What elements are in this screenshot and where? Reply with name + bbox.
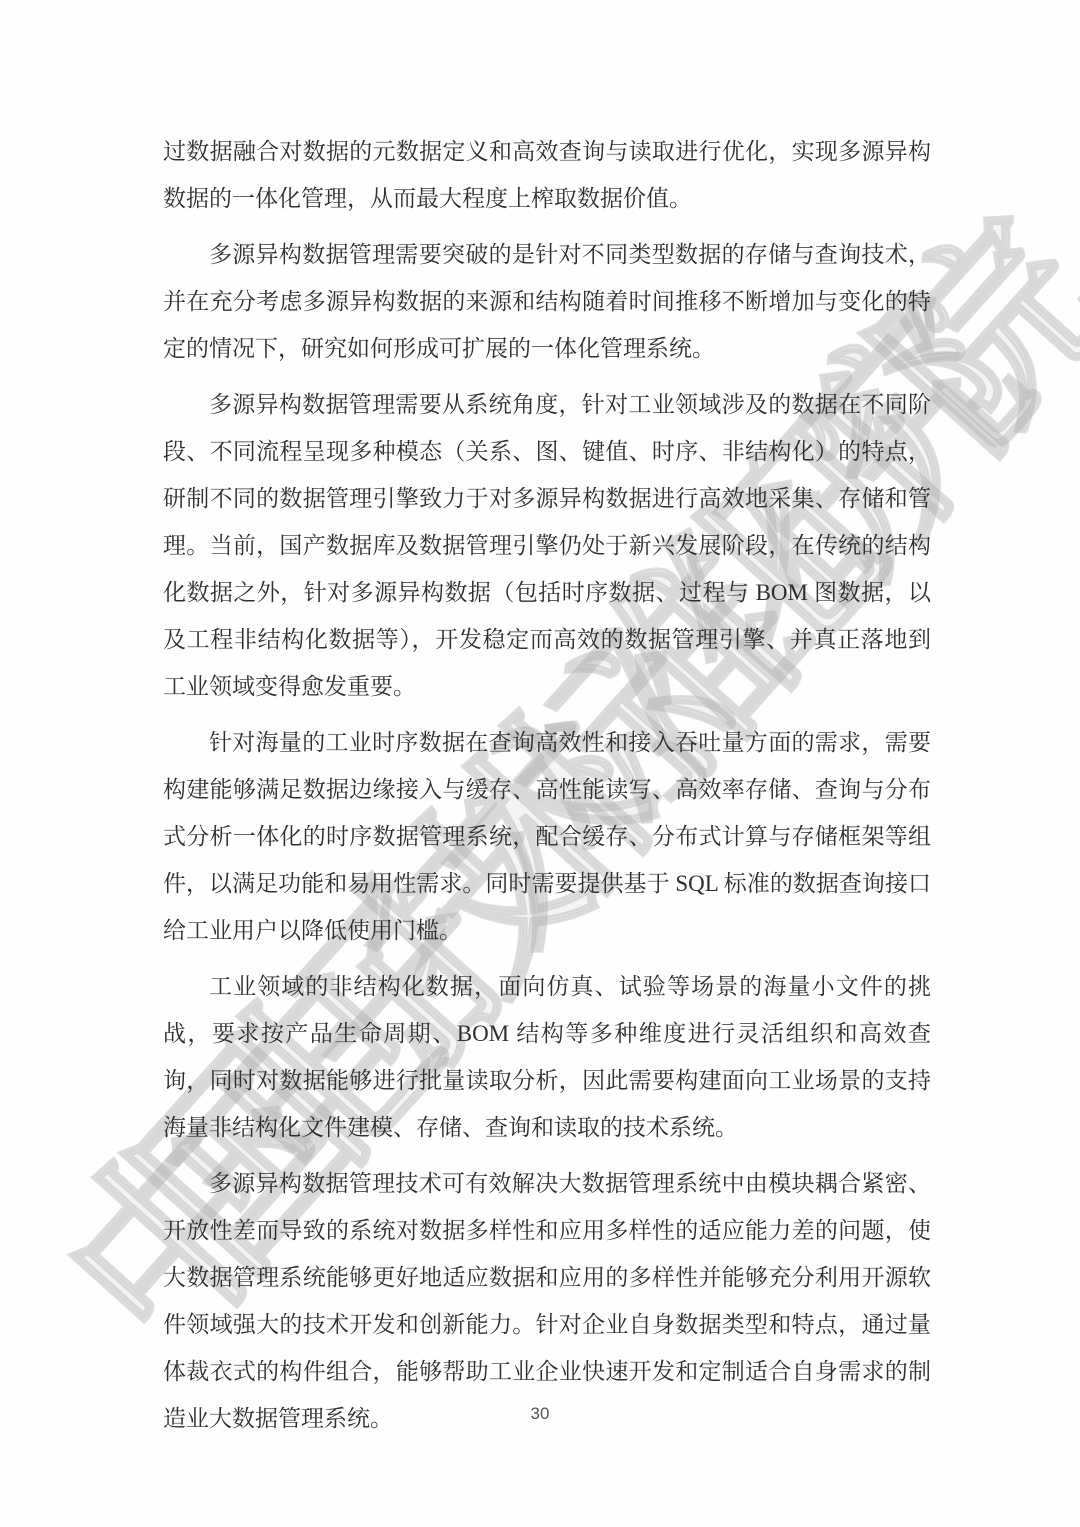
paragraph: 多源异构数据管理需要从系统角度，针对工业领域涉及的数据在不同阶段、不同流程呈现多… (163, 381, 931, 710)
page-number: 30 (0, 1404, 1080, 1424)
paragraph: 针对海量的工业时序数据在查询高效性和接入吞吐量方面的需求，需要构建能够满足数据边… (163, 719, 931, 954)
paragraph: 工业领域的非结构化数据，面向仿真、试验等场景的海量小文件的挑战，要求按产品生命周… (163, 963, 931, 1151)
paragraph: 多源异构数据管理需要突破的是针对不同类型数据的存储与查询技术，并在充分考虑多源异… (163, 231, 931, 372)
paragraph: 多源异构数据管理技术可有效解决大数据管理系统中由模块耦合紧密、开放性差而导致的系… (163, 1160, 931, 1442)
document-body: 过数据融合对数据的元数据定义和高效查询与读取进行优化，实现多源异构数据的一体化管… (163, 128, 931, 1451)
document-page: 中国电子技术标准化研究院 过数据融合对数据的元数据定义和高效查询与读取进行优化，… (0, 0, 1080, 1527)
paragraph: 过数据融合对数据的元数据定义和高效查询与读取进行优化，实现多源异构数据的一体化管… (163, 128, 931, 222)
